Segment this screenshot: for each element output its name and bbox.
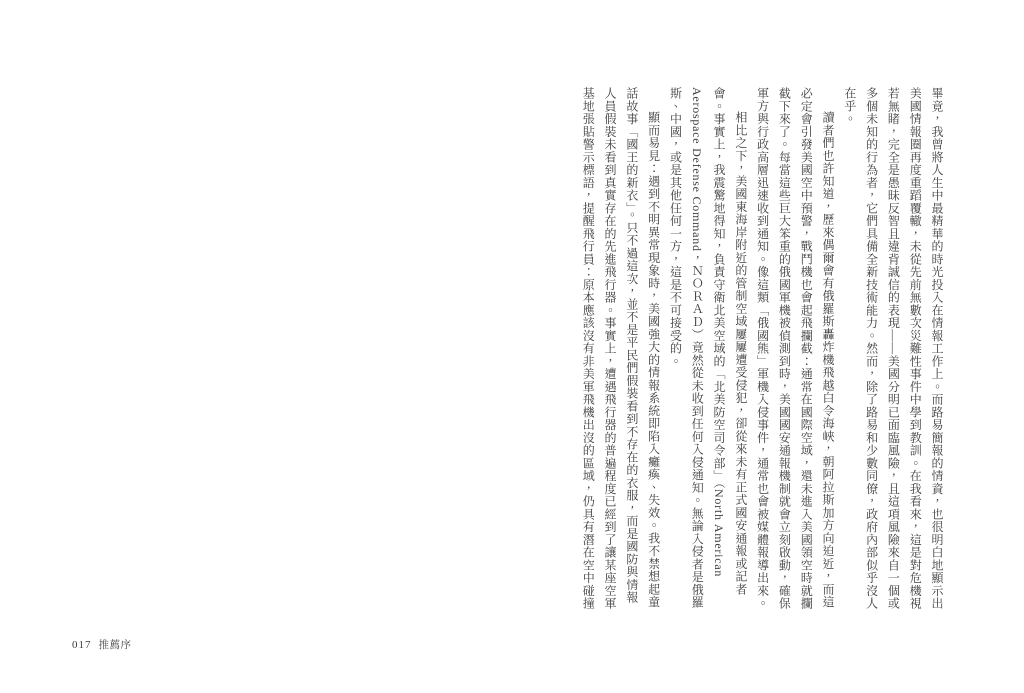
page-right: 畢竟，我曾將人生中最精華的時光投入在情報工作上。而路易簡報的情資，也很明白地顯示… [512,0,1024,693]
page-left-footer: 017 推薦序 [72,637,132,652]
page-left: 風險。 身為職業情報人員，我對因情報任務失敗而造成慘重傷亡的歷史悲劇一向保持高度… [0,0,512,693]
book-spread: { "book": { "running_title": "迫在眉睫", "se… [0,0,1024,693]
paragraph: 畢竟，我曾將人生中最精華的時光投入在情報工作上。而路易簡報的情資，也很明白地顯示… [838,87,947,611]
page-right-body-text: 畢竟，我曾將人生中最精華的時光投入在情報工作上。而路易簡報的情資，也很明白地顯示… [569,87,947,611]
section-title: 推薦序 [99,637,132,652]
paragraph: 讀者們也許知道，歷來偶爾會有俄羅斯轟炸機飛越白令海峽，朝阿拉斯加方向迫近，而這必… [751,87,838,611]
page-number: 017 [72,639,92,651]
paragraph: 顯而易見：遇到不明異常現象時，美國強大的情報系統即陷入癱瘓、失效。我不禁想起童話… [576,87,663,611]
paragraph: 相比之下，美國東海岸附近的管制空域屢屢遭受侵犯，卻從來未有正式國安通報或記者會。… [664,87,751,611]
